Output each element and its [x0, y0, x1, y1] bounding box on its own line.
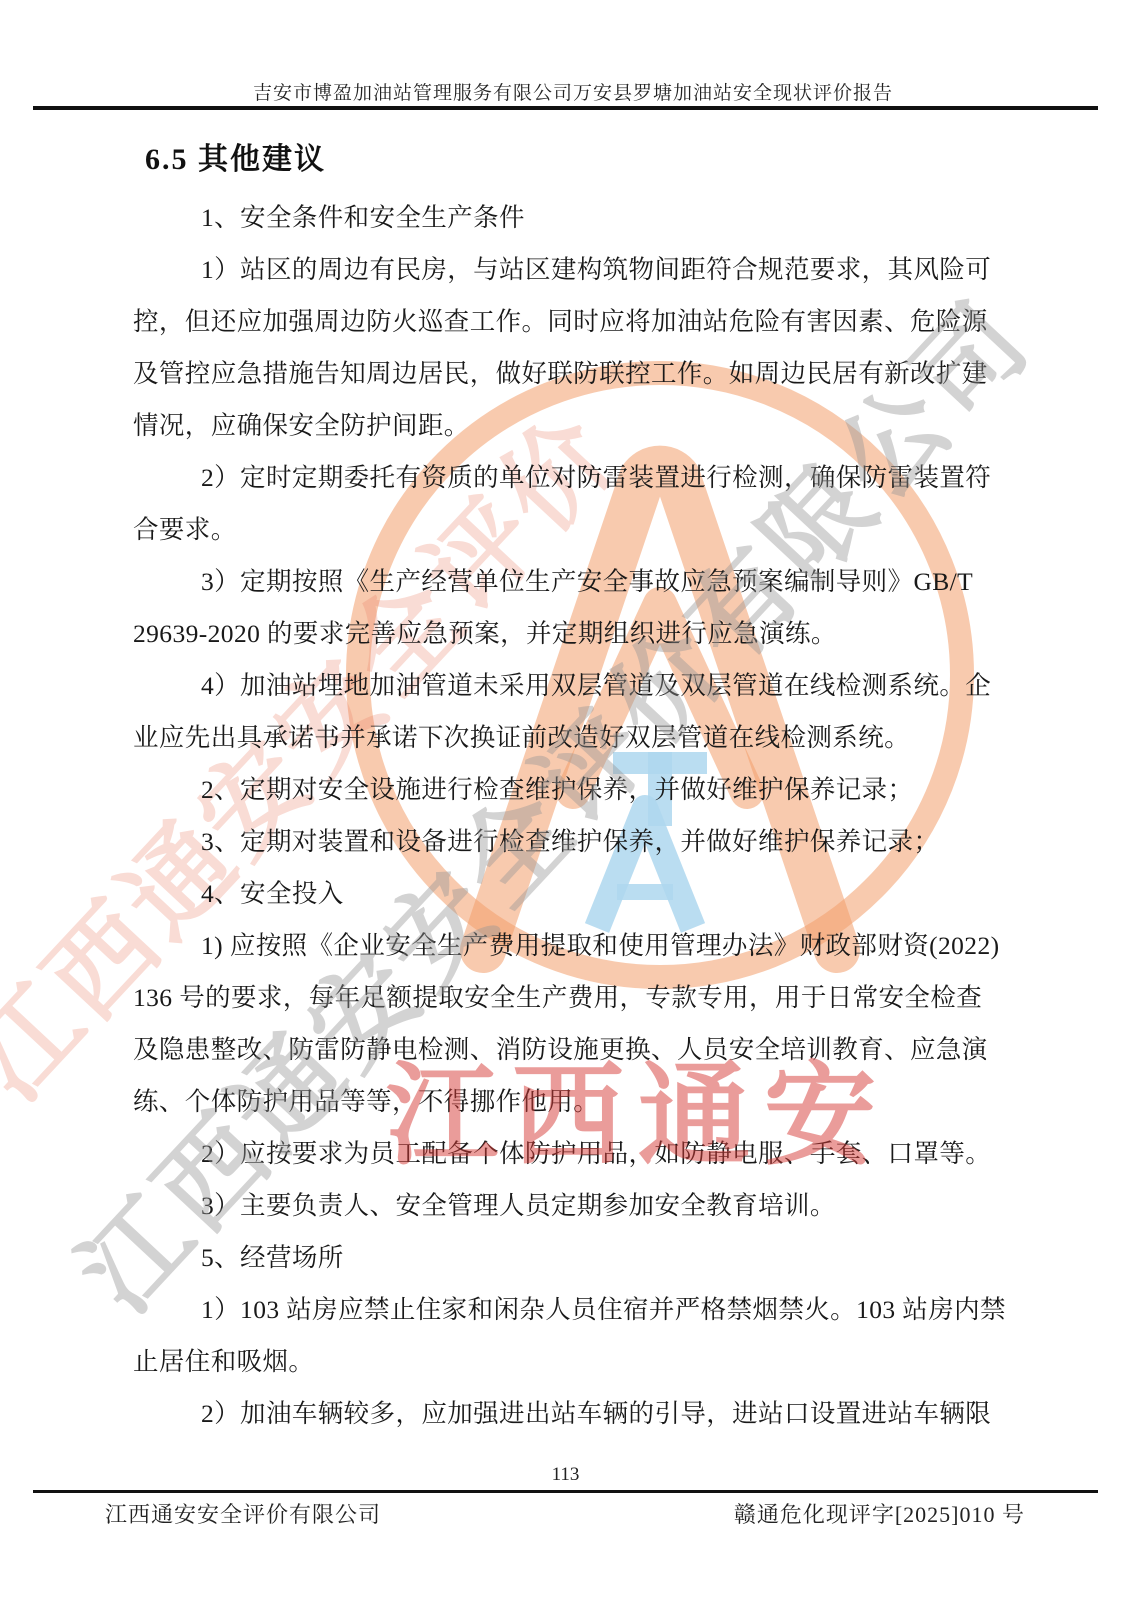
body-text-line: 2）定时定期委托有资质的单位对防雷装置进行检测，确保防雷装置符 [133, 452, 1017, 504]
body-text-line: 2）应按要求为员工配备个体防护用品，如防静电服、手套、口罩等。 [133, 1128, 1017, 1180]
body-text-line: 练、个体防护用品等等，不得挪作他用。 [133, 1076, 1017, 1128]
body-text-line: 2）加油车辆较多，应加强进出站车辆的引导，进站口设置进站车辆限 [133, 1388, 1017, 1440]
body-text: 1、安全条件和安全生产条件1）站区的周边有民房，与站区建构筑物间距符合规范要求，… [133, 192, 1017, 1440]
section-title: 6.5 其他建议 [145, 134, 326, 178]
footer-divider [33, 1490, 1098, 1493]
body-text-line: 情况，应确保安全防护间距。 [133, 400, 1017, 452]
header-divider [33, 106, 1098, 110]
body-text-line: 4）加油站埋地加油管道未采用双层管道及双层管道在线检测系统。企 [133, 660, 1017, 712]
footer-document-number: 赣通危化现评字[2025]010 号 [734, 1498, 1025, 1529]
body-text-line: 4、安全投入 [133, 868, 1017, 920]
body-text-line: 3、定期对装置和设备进行检查维护保养，并做好维护保养记录； [133, 816, 1017, 868]
body-text-line: 1）站区的周边有民房，与站区建构筑物间距符合规范要求，其风险可 [133, 244, 1017, 296]
body-text-line: 业应先出具承诺书并承诺下次换证前改造好双层管道在线检测系统。 [133, 712, 1017, 764]
body-text-line: 合要求。 [133, 504, 1017, 556]
footer-company-name: 江西通安安全评价有限公司 [105, 1498, 381, 1529]
body-text-line: 1）103 站房应禁止住家和闲杂人员住宿并严格禁烟禁火。103 站房内禁 [133, 1284, 1017, 1336]
body-text-line: 3）主要负责人、安全管理人员定期参加安全教育培训。 [133, 1180, 1017, 1232]
body-text-line: 1、安全条件和安全生产条件 [133, 192, 1017, 244]
report-header-title: 吉安市博盈加油站管理服务有限公司万安县罗塘加油站安全现状评价报告 [133, 78, 1013, 105]
body-text-line: 止居住和吸烟。 [133, 1336, 1017, 1388]
page-number: 113 [0, 1464, 1131, 1486]
body-text-line: 5、经营场所 [133, 1232, 1017, 1284]
body-text-line: 2、定期对安全设施进行检查维护保养，并做好维护保养记录； [133, 764, 1017, 816]
body-text-line: 136 号的要求，每年足额提取安全生产费用，专款专用，用于日常安全检查 [133, 972, 1017, 1024]
body-text-line: 3）定期按照《生产经营单位生产安全事故应急预案编制导则》GB/T [133, 556, 1017, 608]
body-text-line: 及管控应急措施告知周边居民，做好联防联控工作。如周边民居有新改扩建 [133, 348, 1017, 400]
document-page: 江西通安安全评价 吉安市博盈加油站管理服务有限公司万安县罗塘加油站安全现状评价报… [0, 0, 1131, 1600]
body-text-line: 及隐患整改、防雷防静电检测、消防设施更换、人员安全培训教育、应急演 [133, 1024, 1017, 1076]
body-text-line: 29639-2020 的要求完善应急预案，并定期组织进行应急演练。 [133, 608, 1017, 660]
body-text-line: 1) 应按照《企业安全生产费用提取和使用管理办法》财政部财资(2022) [133, 920, 1017, 972]
body-text-line: 控，但还应加强周边防火巡查工作。同时应将加油站危险有害因素、危险源 [133, 296, 1017, 348]
